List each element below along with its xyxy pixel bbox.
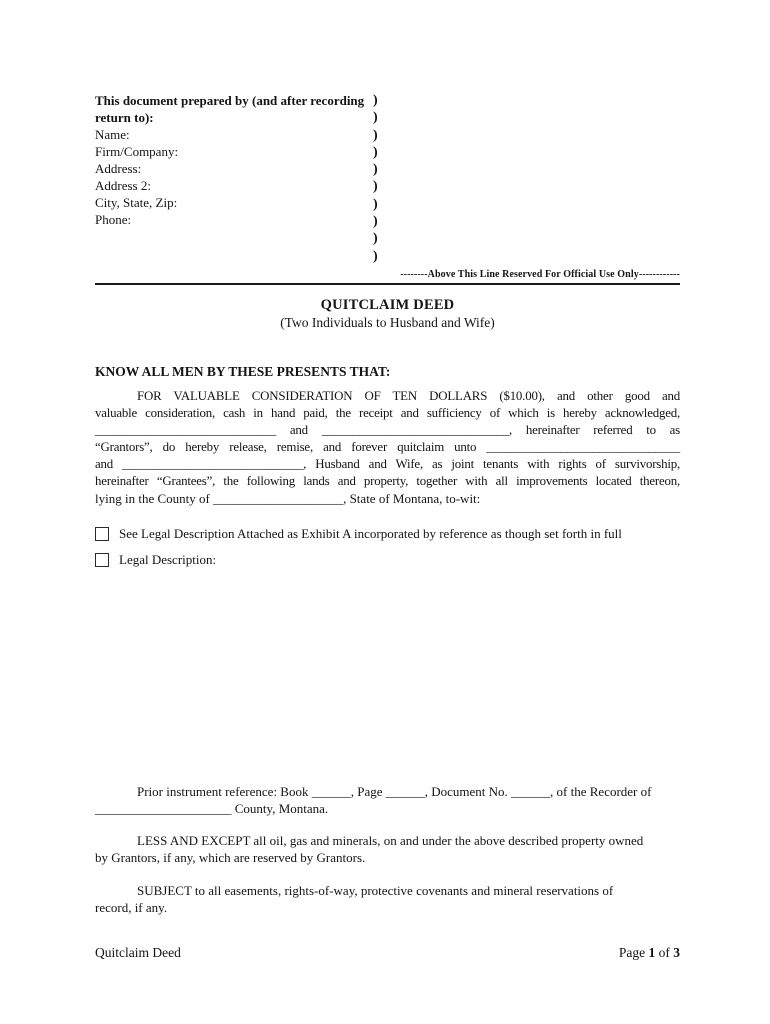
exhibit-a-checkbox[interactable] — [95, 527, 109, 541]
legal-description-label: Legal Description: — [119, 552, 216, 568]
legal-description-blank-space — [95, 573, 680, 777]
prepared-by-block: This document prepared by (and after rec… — [95, 92, 680, 265]
granting-line-grantee2-blank: and _____________________________, Husba… — [95, 456, 680, 473]
field-label-address: Address: — [95, 160, 373, 177]
granting-line: valuable consideration, cash in hand pai… — [95, 405, 680, 422]
granting-line-county-blank: lying in the County of _________________… — [95, 490, 680, 507]
footer-page-word: Page — [619, 945, 649, 960]
exhibit-a-option-row: See Legal Description Attached as Exhibi… — [95, 521, 680, 547]
footer-page-info: Page 1 of 3 — [619, 944, 680, 961]
legal-description-options: See Legal Description Attached as Exhibi… — [95, 521, 680, 573]
footer-doc-label: Quitclaim Deed — [95, 944, 181, 961]
page-content: This document prepared by (and after rec… — [95, 92, 680, 961]
field-label-address2: Address 2: — [95, 177, 373, 194]
subject-to-line: record, if any. — [95, 899, 680, 916]
legal-description-option-row: Legal Description: — [95, 547, 680, 573]
less-and-except-paragraph: LESS AND EXCEPT all oil, gas and mineral… — [95, 832, 680, 866]
granting-line-grantee-blank: “Grantors”, do hereby release, remise, a… — [95, 439, 680, 456]
granting-paragraph: FOR VALUABLE CONSIDERATION OF TEN DOLLAR… — [95, 388, 680, 507]
prepared-by-heading: This document prepared by (and after rec… — [95, 92, 373, 126]
footer-of-word: of — [655, 945, 673, 960]
document-subtitle: (Two Individuals to Husband and Wife) — [95, 314, 680, 331]
prior-instrument-county-blank: _____________________ County, Montana. — [95, 800, 680, 818]
field-label-name: Name: — [95, 126, 373, 143]
recording-stamp-parens: ) ) ) ) ) ) ) ) ) ) — [373, 92, 413, 265]
footer-page-total: 3 — [673, 945, 680, 960]
field-label-firm: Firm/Company: — [95, 143, 373, 160]
field-label-phone: Phone: — [95, 211, 373, 228]
prior-instrument-paragraph: Prior instrument reference: Book ______,… — [95, 783, 680, 818]
separator-rule — [95, 283, 680, 285]
prior-instrument-line: Prior instrument reference: Book ______,… — [95, 783, 680, 801]
field-label-city-state-zip: City, State, Zip: — [95, 194, 373, 211]
above-line-reserved-note: --------Above This Line Reserved For Off… — [95, 269, 680, 280]
subject-to-paragraph: SUBJECT to all easements, rights-of-way,… — [95, 882, 680, 916]
less-except-line: by Grantors, if any, which are reserved … — [95, 849, 680, 866]
presents-heading: KNOW ALL MEN BY THESE PRESENTS THAT: — [95, 363, 680, 380]
prepared-by-fields: This document prepared by (and after rec… — [95, 92, 373, 265]
document-page: This document prepared by (and after rec… — [0, 0, 770, 1024]
legal-description-checkbox[interactable] — [95, 553, 109, 567]
granting-line: hereinafter “Grantees”, the following la… — [95, 473, 680, 490]
subject-to-line: SUBJECT to all easements, rights-of-way,… — [95, 882, 680, 899]
document-title: QUITCLAIM DEED — [95, 297, 680, 314]
page-footer: Quitclaim Deed Page 1 of 3 — [95, 944, 680, 961]
title-block: QUITCLAIM DEED (Two Individuals to Husba… — [95, 297, 680, 331]
exhibit-a-label: See Legal Description Attached as Exhibi… — [119, 526, 622, 542]
granting-line-grantor-blanks: _____________________________ and ______… — [95, 422, 680, 439]
granting-line: FOR VALUABLE CONSIDERATION OF TEN DOLLAR… — [95, 388, 680, 405]
less-except-line: LESS AND EXCEPT all oil, gas and mineral… — [95, 832, 680, 849]
